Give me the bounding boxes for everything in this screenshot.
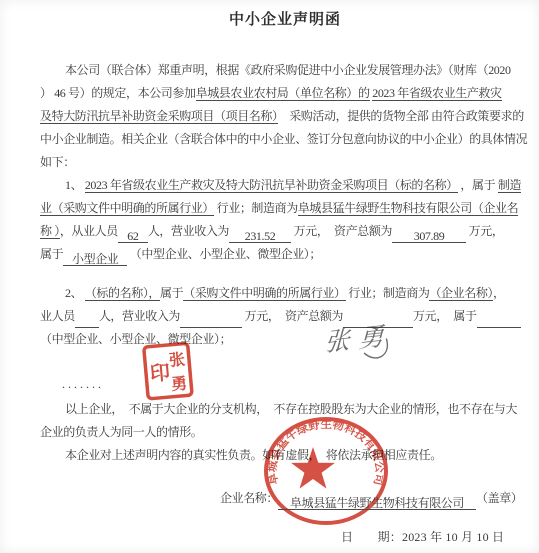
text-segment: 行业；制造商为 — [346, 286, 430, 300]
paragraph-item1: 1、 2023 年省级农业生产救灾及特大防汛抗旱补助资金采购项目（标的名称） ，… — [40, 174, 532, 266]
seal-char-yin: 印 — [149, 361, 171, 386]
company-name-label: 企业名称： — [220, 491, 278, 505]
text-segment: 以上企业， 不属于大企业的分支机构， 不存在控股股东为大企业的情形，也不存在与大 — [65, 402, 517, 416]
paragraph-item2: 2、 （标的名称），属于（采购文件中明确的所属行业） 行业；制造商为（企业名称）… — [40, 282, 532, 351]
text-line: （中型企业、小型企业、微型企业）； — [40, 328, 532, 351]
text-segment: 行业；制造商为 — [214, 201, 298, 215]
text-segment: 2、 — [65, 286, 85, 300]
ellipsis-dots: ....... — [62, 373, 104, 396]
text-line: 中小企业制造。相关企业（含联合体中的中小企业、签订分包意向协议的中小企业）的具体… — [40, 128, 532, 151]
seal-char-yong: 勇 — [170, 374, 188, 394]
text-segment: 本企业对上述声明内容的真实性负责。如有虚假， 将依法承担相应责任。 — [65, 448, 442, 462]
seal-char-zhang: 张 — [168, 351, 186, 370]
text-line: 如下： — [40, 151, 532, 174]
text-segment: （中型企业、小型企业、微型企业）； — [40, 332, 231, 346]
text-line: 企业的负责人为同一人的情形。 — [40, 421, 532, 444]
text-segment: 人，营业收入为 — [148, 224, 229, 238]
seal-here-label: （盖章） — [476, 491, 522, 505]
underlined-text: 2023 年省级农业生产救灾 — [372, 86, 501, 101]
text-segment: ，从业人员 — [60, 224, 118, 238]
fill-in-blank — [75, 310, 99, 328]
text-segment: 1、 — [65, 178, 85, 192]
text-segment: 属于 — [160, 286, 183, 300]
document-title: 中小企业声明函 — [40, 8, 530, 29]
text-segment: 万元， 属于 — [413, 309, 477, 323]
fill-in-blank — [180, 310, 242, 328]
text-segment: 业人员 — [40, 309, 75, 323]
text-segment: ，属于 — [458, 178, 498, 192]
fill-in-blank: 307.89 — [392, 225, 466, 243]
text-segment: 中小企业制造。相关企业（含联合体中的中小企业、签订分包意向协议的中小企业）的具体… — [40, 132, 527, 146]
fill-in-blank: 62 — [118, 225, 148, 243]
fill-in-blank: 小型企业 — [63, 248, 127, 266]
text-segment: 本公司（联合体）郑重声明，根据《政府采购促进中小企业发展管理办法》（财库（202… — [65, 63, 511, 77]
text-segment: 企业的负责人为同一人的情形。 — [40, 425, 202, 439]
text-line: 属于小型企业 （中型企业、小型企业、微型企业）； — [40, 243, 532, 266]
seal-border — [144, 343, 192, 399]
company-name-value: 阜城县猛牛绿野生物科技有限公司 — [278, 492, 476, 510]
text-segment: ， — [493, 286, 505, 300]
text-line: 以上企业， 不属于大企业的分支机构， 不存在控股股东为大企业的情形，也不存在与大 — [40, 398, 532, 421]
text-line: 2、 （标的名称），属于（采购文件中明确的所属行业） 行业；制造商为（企业名称）… — [40, 282, 532, 305]
underlined-text: 及特大防汛抗旱补助资金采购项目（项目名称） — [40, 109, 278, 124]
text-segment: 属于 — [40, 247, 63, 261]
text-line: 本企业对上述声明内容的真实性负责。如有虚假， 将依法承担相应责任。 — [40, 444, 532, 467]
text-segment: 万元， 资产总额为 — [242, 309, 343, 323]
text-segment: 万元， 资产总额为 — [291, 224, 392, 238]
scanned-document-page: 中小企业声明函 本公司（联合体）郑重声明，根据《政府采购促进中小企业发展管理办法… — [0, 0, 539, 553]
text-line: 称 ），从业人员62人，营业收入为231.52 万元， 资产总额为307.89 … — [40, 220, 532, 243]
text-line: 业人员人，营业收入为 万元， 资产总额为万元， 属于 — [40, 305, 532, 328]
fill-in-blank: 231.52 — [229, 225, 291, 243]
underlined-text: （企业名称） — [429, 286, 493, 301]
text-segment: 万元， — [466, 224, 503, 238]
text-segment: 采购活动，提供的货物全部 由符合政策要求的 — [278, 109, 524, 123]
text-line: 1、 2023 年省级农业生产救灾及特大防汛抗旱补助资金采购项目（标的名称） ，… — [40, 174, 532, 197]
date-line: 日 期：2023 年 10 月 10 日 — [341, 526, 504, 549]
text-line: ） 46 号）的规定，本公司参加阜城县农业农村局（单位名称）的 2023 年省级… — [40, 82, 532, 105]
underlined-text: （标的名称）， — [85, 286, 160, 301]
text-line: 业（采购文件中明确的所属行业） 行业；制造商为阜城县猛牛绿野生物科技有限公司（企… — [40, 197, 532, 220]
text-segment: 人，营业收入为 — [99, 309, 180, 323]
underlined-text: （采购文件中明确的所属行业） — [183, 286, 345, 301]
paragraph-intro: 本公司（联合体）郑重声明，根据《政府采购促进中小企业发展管理办法》（财库（202… — [40, 59, 532, 174]
fill-in-blank — [343, 310, 413, 328]
fill-in-blank — [477, 310, 521, 328]
text-segment: ） 46 号）的规定，本公司参加 — [40, 86, 196, 100]
underlined-text: 制造 — [498, 178, 521, 193]
text-line: 及特大防汛抗旱补助资金采购项目（项目名称） 采购活动，提供的货物全部 由符合政策… — [40, 105, 532, 128]
underlined-text: 称 ） — [40, 224, 60, 239]
underlined-text: 业（采购文件中明确的所属行业） — [40, 201, 214, 216]
text-segment: 如下： — [40, 155, 75, 169]
text-line: 本公司（联合体）郑重声明，根据《政府采购促进中小企业发展管理办法》（财库（202… — [40, 59, 532, 82]
underlined-text: 阜城县农业农村局（单位名称）的 — [196, 86, 370, 101]
company-name-line: 企业名称：阜城县猛牛绿野生物科技有限公司（盖章） — [220, 487, 522, 510]
paragraph-closing: 以上企业， 不属于大企业的分支机构， 不存在控股股东为大企业的情形，也不存在与大… — [40, 398, 532, 467]
underlined-text: 2023 年省级农业生产救灾及特大防汛抗旱补助资金采购项目（标的名称） — [85, 178, 458, 193]
underlined-text: 阜城县猛牛绿野生物科技有限公司（企业名 — [298, 201, 518, 216]
text-segment: （中型企业、小型企业、微型企业）； — [127, 247, 321, 261]
